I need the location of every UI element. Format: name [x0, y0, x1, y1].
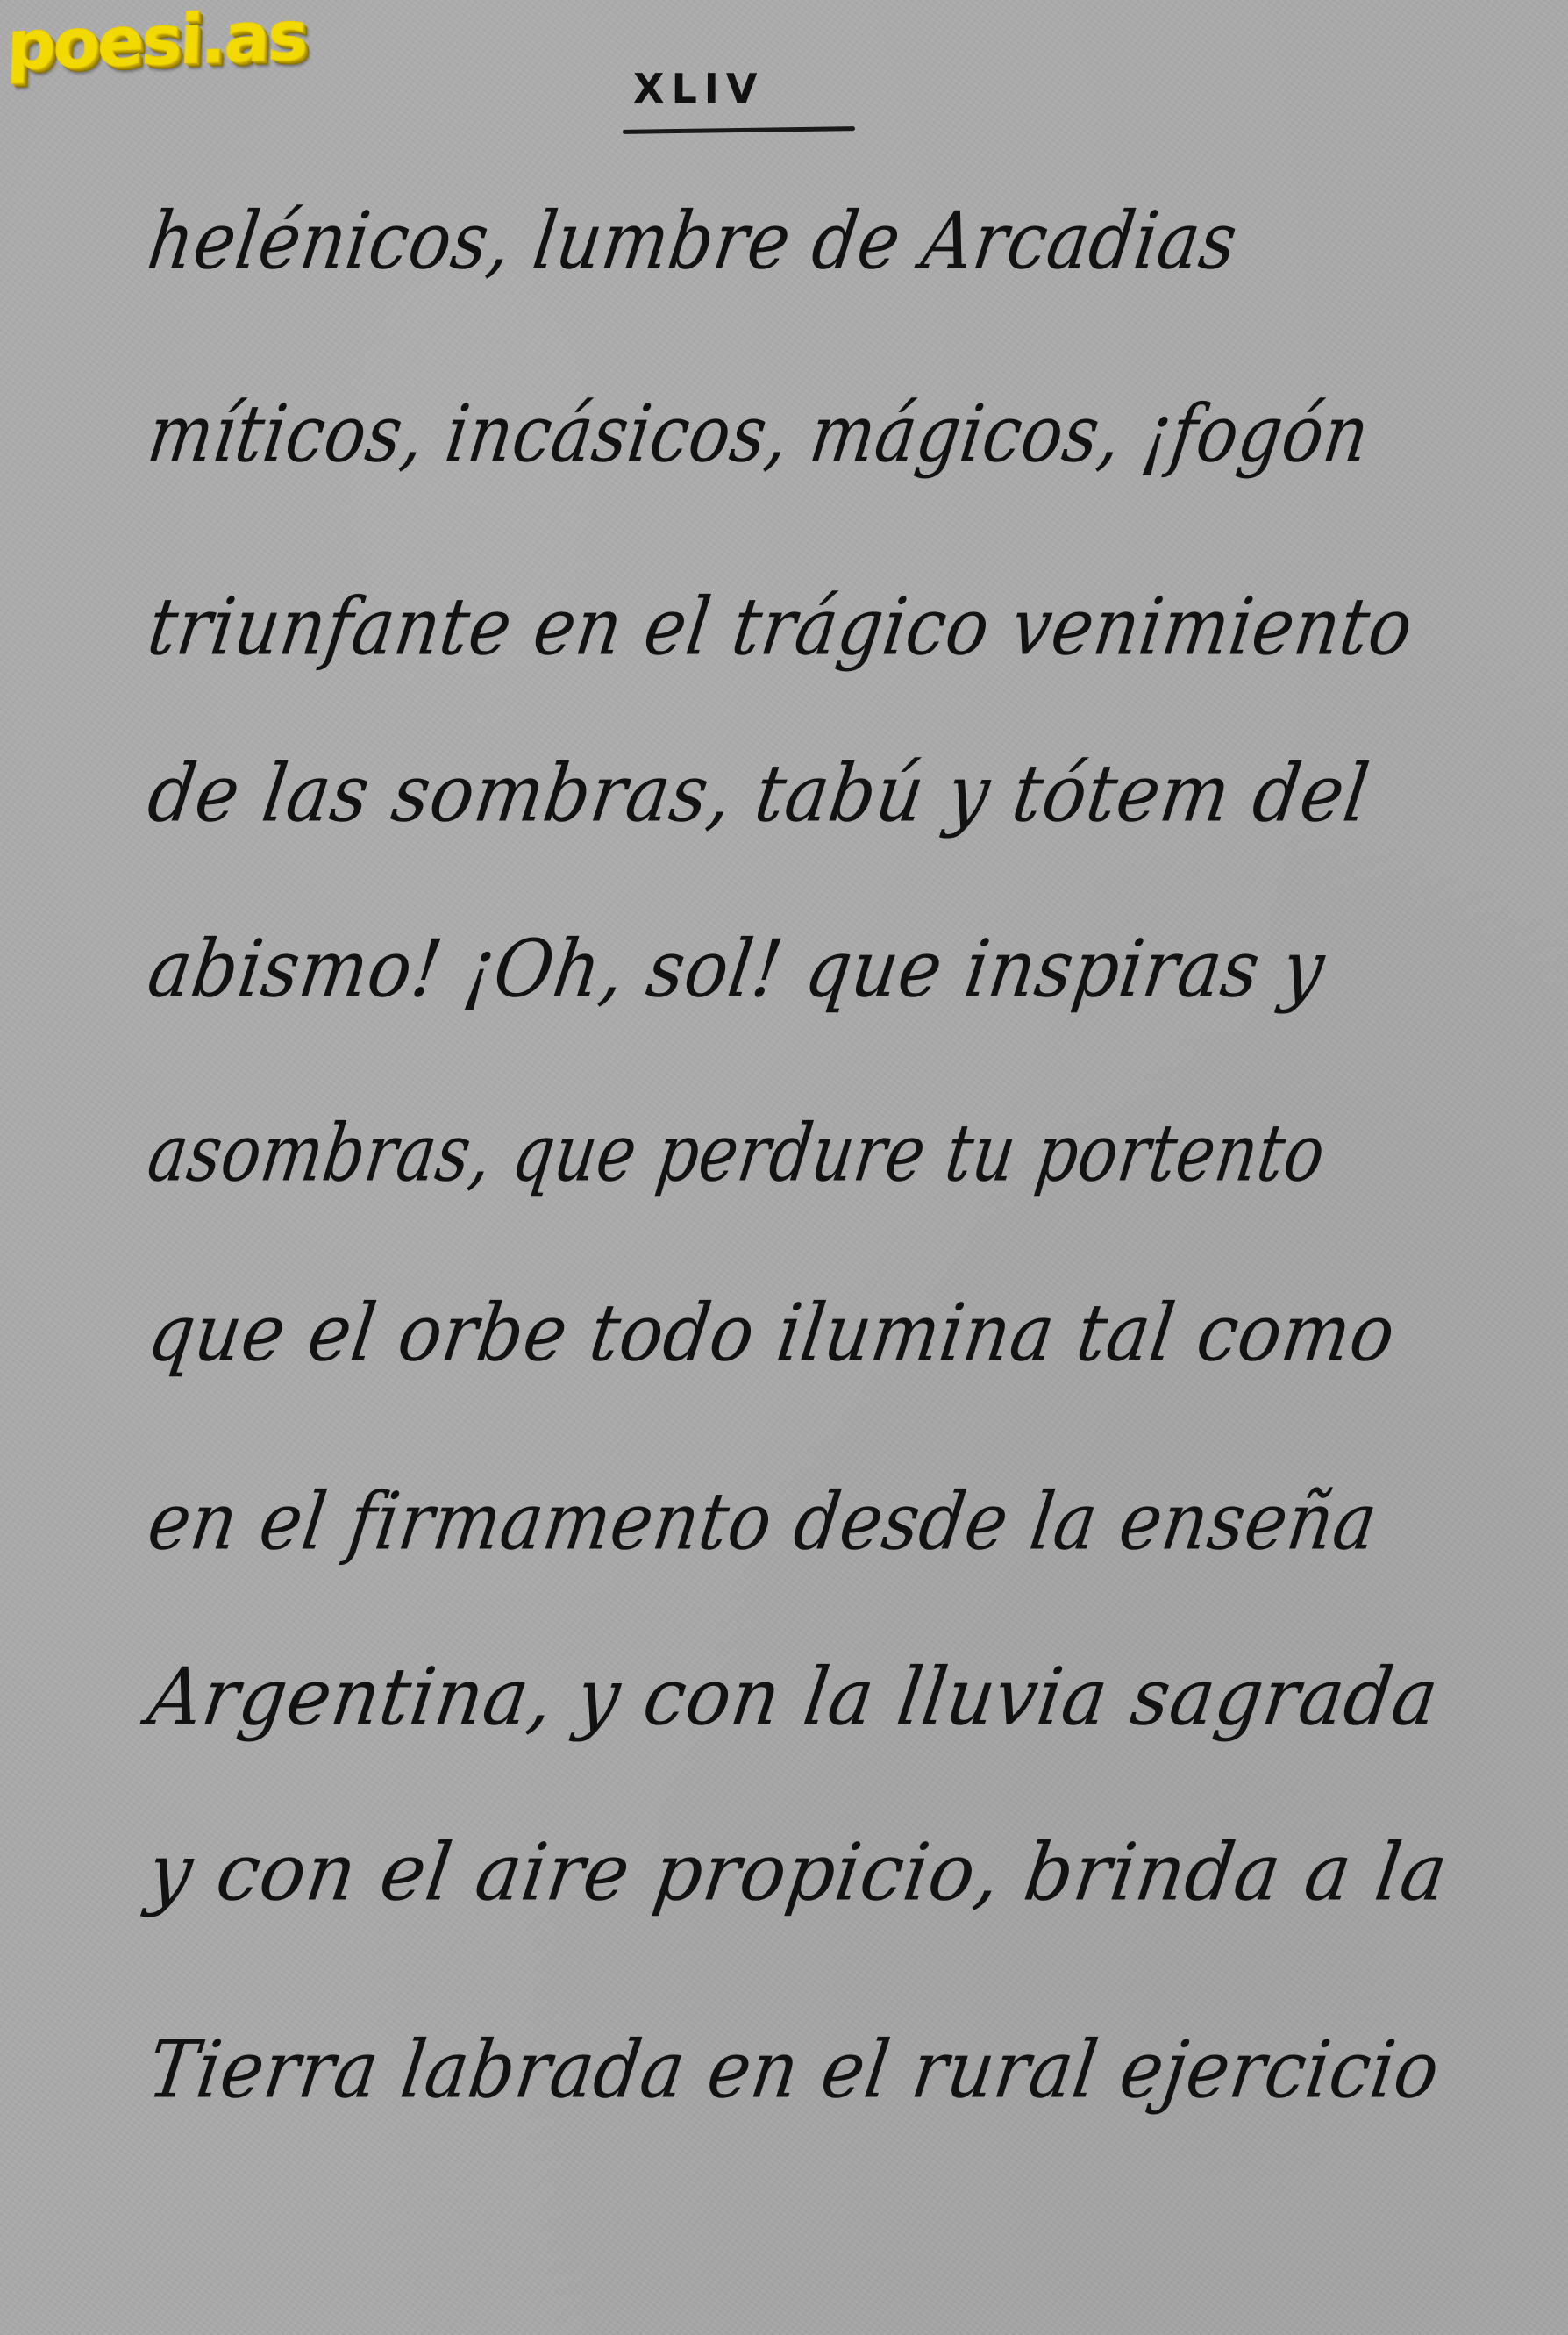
manuscript-line-9: Argentina, y con la lluvia sagrada — [144, 1658, 1443, 1737]
manuscript-line-2: míticos, incásicos, mágicos, ¡fogón — [144, 395, 1374, 474]
manuscript-line-10: y con el aire propicio, brinda a la — [144, 1833, 1453, 1912]
manuscript-line-8: en el firmamento desde la enseña — [144, 1482, 1383, 1561]
manuscript-line-5: abismo! ¡Oh, sol! que inspiras y — [144, 930, 1330, 1009]
manuscript-line-7: que el orbe todo ilumina tal como — [144, 1294, 1401, 1373]
manuscript-line-4: de las sombras, tabú y tótem del — [144, 754, 1374, 833]
page-heading: XLIV — [623, 68, 859, 109]
manuscript-line-11: Tierra labrada en el rural ejercicio — [144, 2031, 1445, 2110]
manuscript-line-1: helénicos, lumbre de Arcadias — [144, 202, 1243, 281]
manuscript-line-6: asombras, que perdure tu portento — [144, 1114, 1330, 1193]
site-logo: poesi.as — [5, 2, 307, 81]
manuscript-line-3: triunfante en el trágico venimiento — [144, 588, 1418, 667]
page-heading-block: XLIV — [623, 68, 859, 109]
